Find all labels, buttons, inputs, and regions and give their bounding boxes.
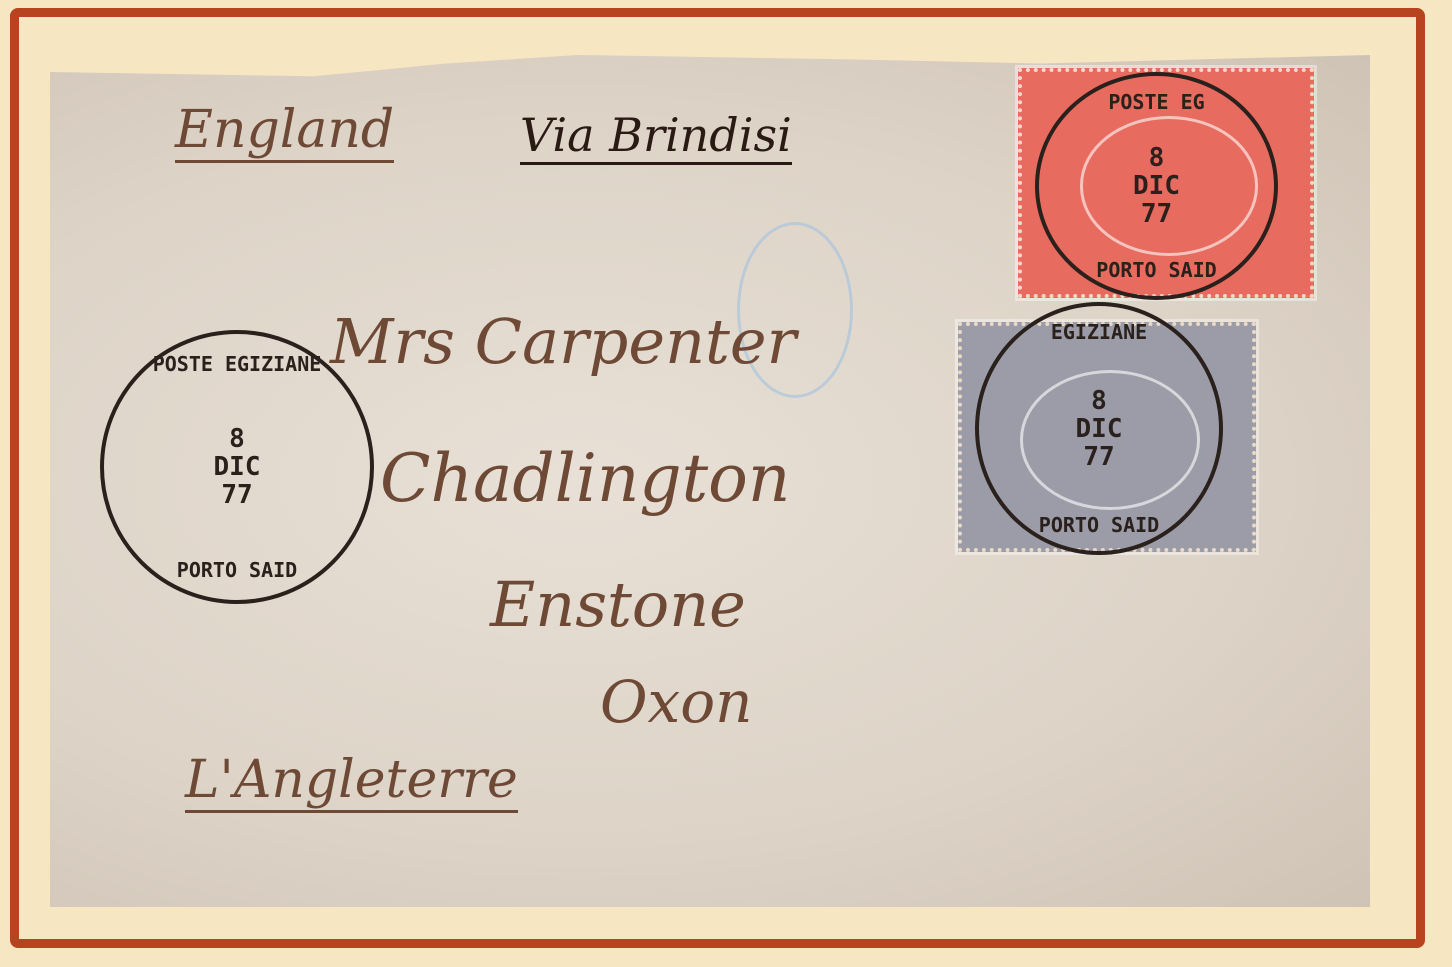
- address-line4: Oxon: [600, 668, 753, 736]
- england-note: England: [175, 100, 394, 163]
- address-line3: Enstone: [490, 568, 746, 641]
- routing-note: Via Brindisi: [520, 108, 792, 165]
- address-line2: Chadlington: [380, 440, 790, 517]
- address-line1: Mrs Carpenter: [330, 305, 796, 378]
- postmark-red-stamp: POSTE EG 8 DIC 77 PORTO SAID: [1035, 72, 1278, 300]
- postmark-gray-stamp: EGIZIANE 8 DIC 77 PORTO SAID: [975, 302, 1223, 555]
- country-note: L'Angleterre: [185, 750, 518, 813]
- postmark-left: POSTE EGIZIANE 8 DIC 77 PORTO SAID: [100, 330, 374, 604]
